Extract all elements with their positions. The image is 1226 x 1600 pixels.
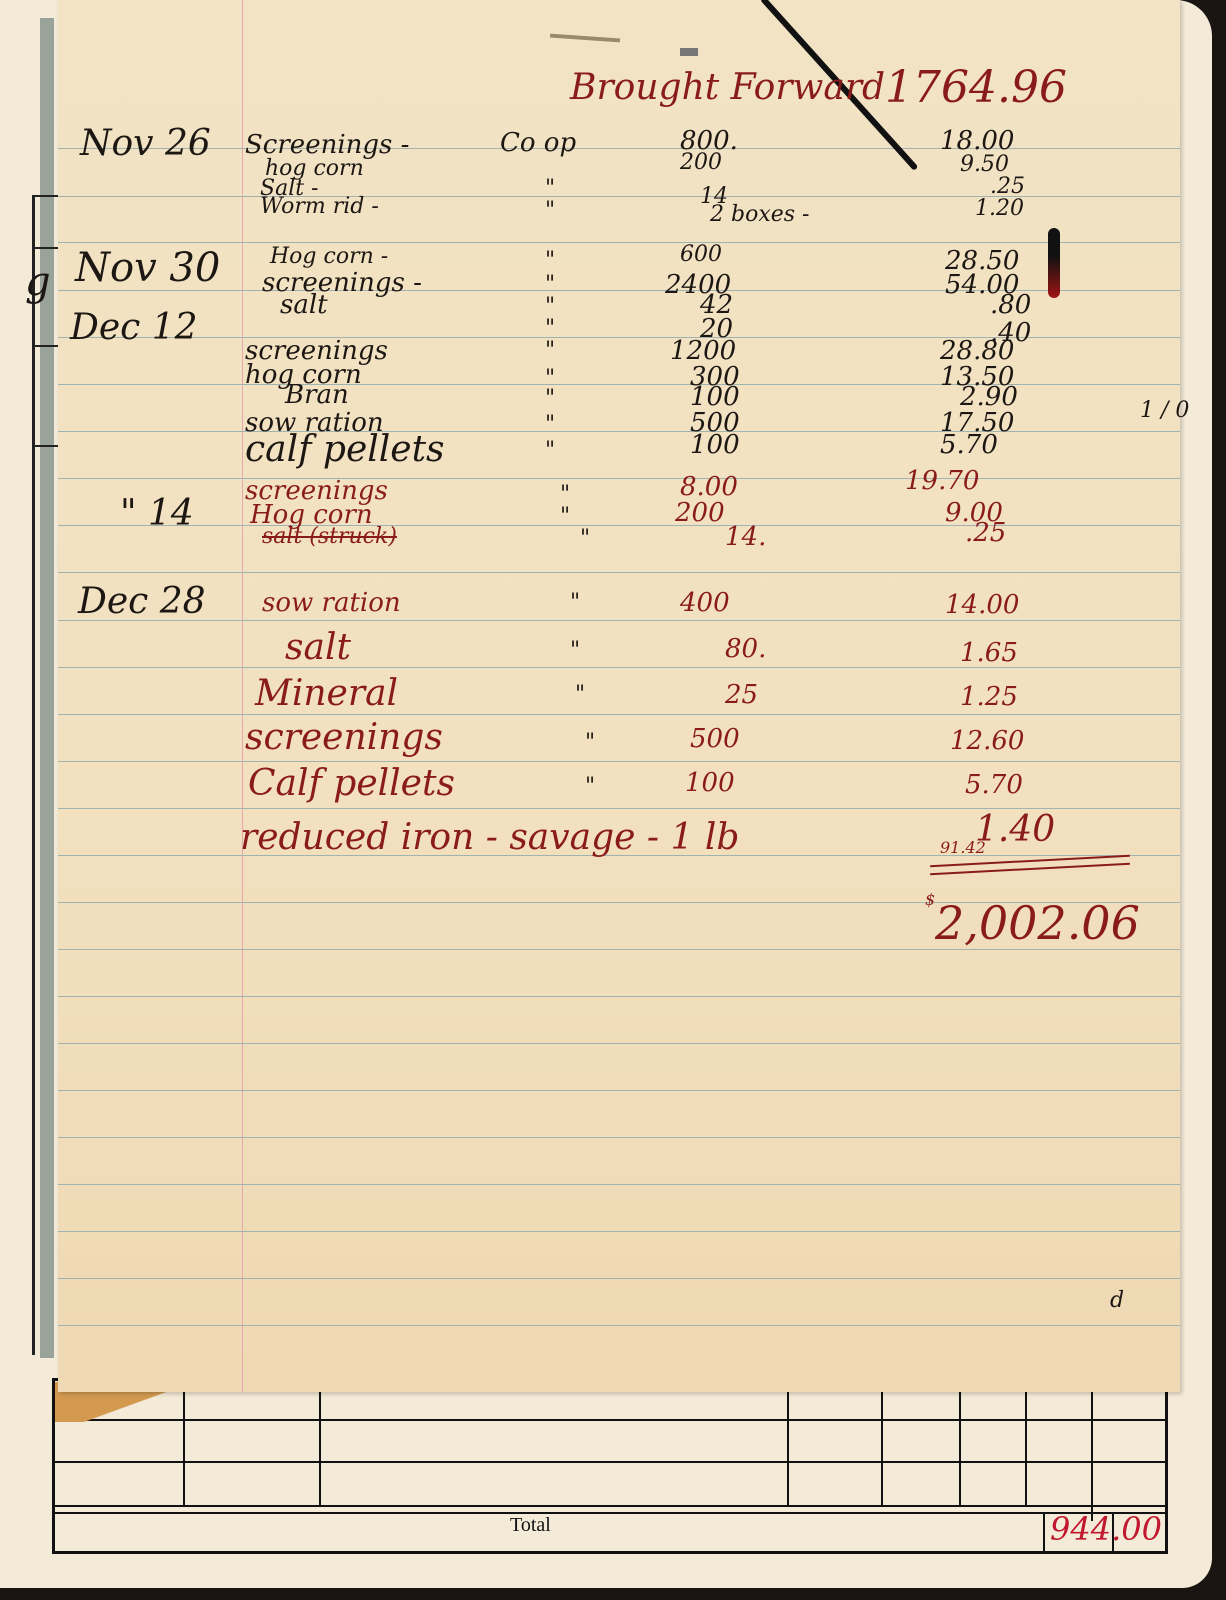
right-edge-mark: 1 / 0 xyxy=(1140,400,1189,422)
ink-blot xyxy=(1048,228,1060,298)
brought-forward-amount: 1764.96 xyxy=(885,66,1067,110)
total-value: 944.00 xyxy=(1050,1510,1162,1548)
underlying-ledger-grid-edge xyxy=(32,195,59,1355)
corner-mark: d xyxy=(1110,1290,1124,1312)
pin-head xyxy=(680,48,698,56)
currency-symbol: $ xyxy=(925,892,935,908)
total-label: Total xyxy=(510,1514,551,1537)
brought-forward-label: Brought Forward xyxy=(570,70,885,106)
ledger-form-grid xyxy=(52,1378,1168,1518)
total-row xyxy=(52,1512,1168,1554)
left-margin-mark: g xyxy=(25,262,51,302)
grand-total: 2,002.06 xyxy=(935,900,1140,946)
subtotal-note: 91.42 xyxy=(940,840,986,856)
